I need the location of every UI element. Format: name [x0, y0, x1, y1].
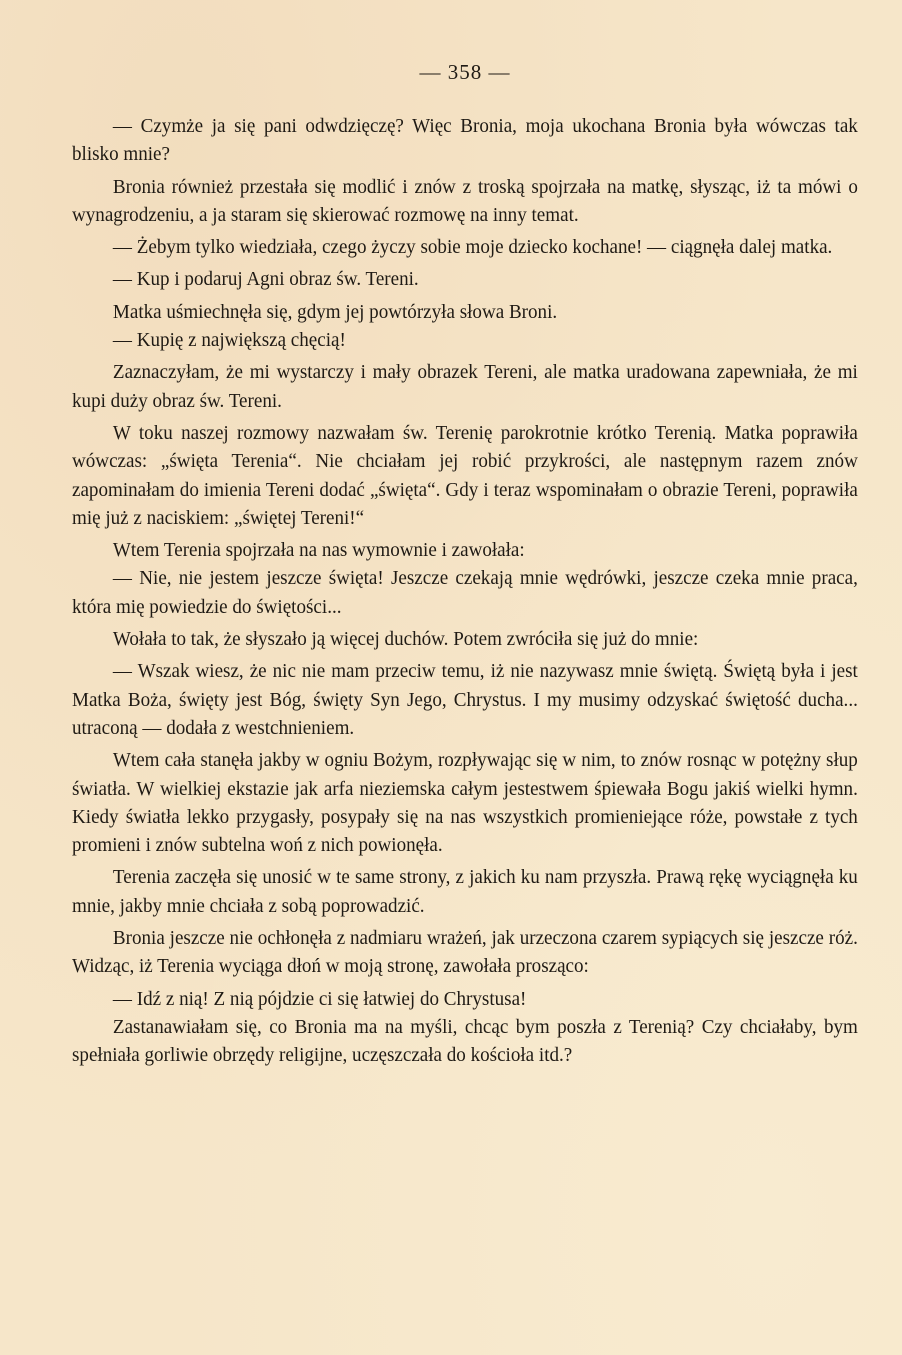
paragraph: — Kup i podaruj Agni obraz św. Tereni.	[72, 265, 858, 293]
paragraph: Zaznaczyłam, że mi wystarczy i mały obra…	[72, 358, 858, 415]
paragraph: Wołała to tak, że słyszało ją więcej duc…	[72, 625, 858, 653]
paragraph: Bronia również przestała się modlić i zn…	[72, 173, 858, 230]
paragraph: — Idź z nią! Z nią pójdzie ci się łatwie…	[72, 985, 858, 1013]
paragraph: — Czymże ja się pani odwdzięczę? Więc Br…	[72, 112, 858, 169]
paragraph: — Wszak wiesz, że nic nie mam przeciw te…	[72, 657, 858, 742]
page-number: — 358 —	[72, 60, 858, 85]
paragraph: — Kupię z największą chęcią!	[72, 326, 858, 354]
paragraph: — Nie, nie jestem jeszcze święta! Jeszcz…	[72, 564, 858, 621]
paragraph: Zastanawiałam się, co Bronia ma na myśli…	[72, 1013, 858, 1070]
paragraph: Bronia jeszcze nie ochłonęła z nadmiaru …	[72, 924, 858, 981]
paragraph: — Żebym tylko wiedziała, czego życzy sob…	[72, 233, 858, 261]
paragraph: Matka uśmiechnęła się, gdym jej powtórzy…	[72, 298, 858, 326]
paragraph: W toku naszej rozmowy nazwałam św. Teren…	[72, 419, 858, 532]
paragraph: Terenia zaczęła się unosić w te same str…	[72, 863, 858, 920]
paragraph: Wtem cała stanęła jakby w ogniu Bożym, r…	[72, 746, 858, 859]
page-body: — Czymże ja się pani odwdzięczę? Więc Br…	[72, 112, 858, 1074]
paragraph: Wtem Terenia spojrzała na nas wymownie i…	[72, 536, 858, 564]
